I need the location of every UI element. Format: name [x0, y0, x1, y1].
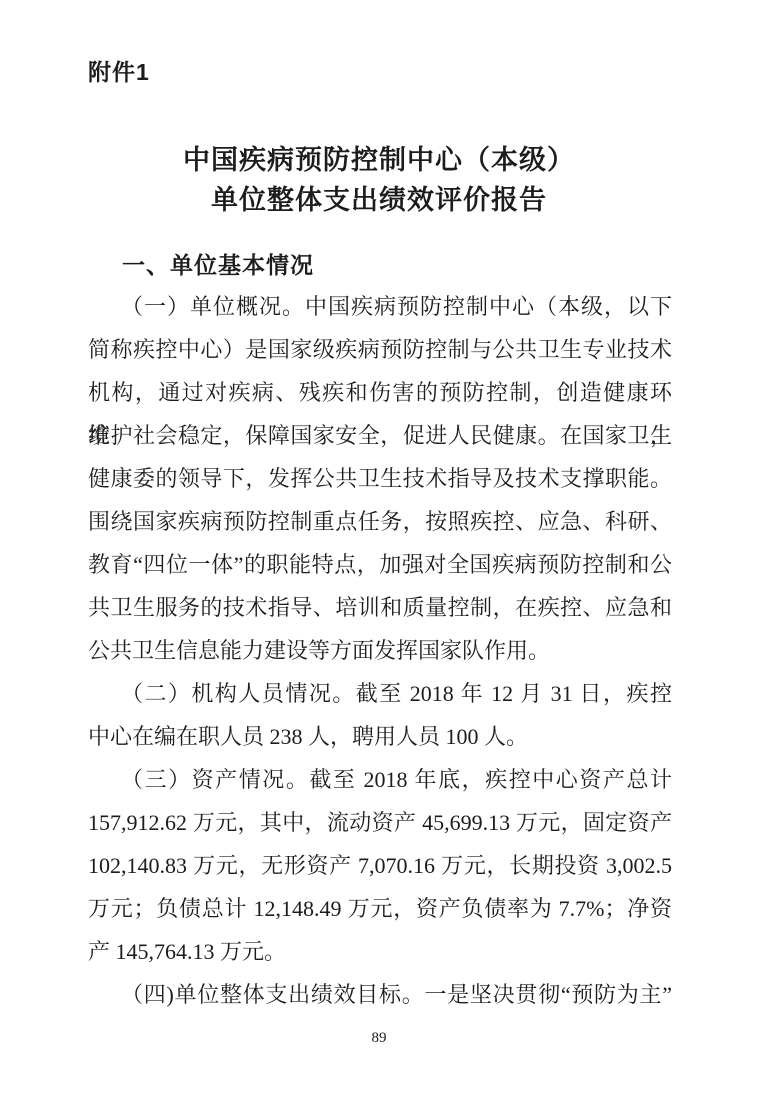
body-line: 157,912.62 万元，其中，流动资产 45,699.13 万元，固定资产 — [88, 801, 672, 844]
body-line: 机构，通过对疾病、残疾和伤害的预防控制，创造健康环境， — [88, 371, 672, 414]
document-title: 中国疾病预防控制中心（本级） 单位整体支出绩效评价报告 — [0, 140, 758, 220]
body-line: 中心在编在职人员 238 人，聘用人员 100 人。 — [88, 715, 672, 758]
body-line: （四)单位整体支出绩效目标。一是坚决贯彻“预防为主” — [88, 973, 672, 1016]
body-line: 公共卫生信息能力建设等方面发挥国家队作用。 — [88, 629, 672, 672]
body-line: 围绕国家疾病预防控制重点任务，按照疾控、应急、科研、 — [88, 500, 672, 543]
document-title-line-1: 中国疾病预防控制中心（本级） — [0, 140, 758, 180]
body-line: （二）机构人员情况。截至 2018 年 12 月 31 日，疾控 — [88, 672, 672, 715]
body-line: （一）单位概况。中国疾病预防控制中心（本级，以下 — [88, 285, 672, 328]
page-number: 89 — [0, 1030, 758, 1047]
body-line: （三）资产情况。截至 2018 年底，疾控中心资产总计 — [88, 758, 672, 801]
body-line: 102,140.83 万元，无形资产 7,070.16 万元，长期投资 3,00… — [88, 844, 672, 887]
body-text: （一）单位概况。中国疾病预防控制中心（本级，以下简称疾控中心）是国家级疾病预防控… — [88, 285, 672, 1016]
section-heading: 一、单位基本情况 — [122, 247, 314, 280]
body-line: 万元；负债总计 12,148.49 万元，资产负债率为 7.7%；净资 — [88, 887, 672, 930]
body-line: 产 145,764.13 万元。 — [88, 930, 672, 973]
attachment-label: 附件1 — [88, 54, 150, 87]
document-title-line-2: 单位整体支出绩效评价报告 — [0, 180, 758, 220]
body-line: 教育“四位一体”的职能特点，加强对全国疾病预防控制和公 — [88, 543, 672, 586]
document-page: 附件1 中国疾病预防控制中心（本级） 单位整体支出绩效评价报告 一、单位基本情况… — [0, 0, 758, 1100]
body-line: 简称疾控中心）是国家级疾病预防控制与公共卫生专业技术 — [88, 328, 672, 371]
body-line: 维护社会稳定，保障国家安全，促进人民健康。在国家卫生 — [88, 414, 672, 457]
body-line: 共卫生服务的技术指导、培训和质量控制，在疾控、应急和 — [88, 586, 672, 629]
body-line: 健康委的领导下，发挥公共卫生技术指导及技术支撑职能。 — [88, 457, 672, 500]
